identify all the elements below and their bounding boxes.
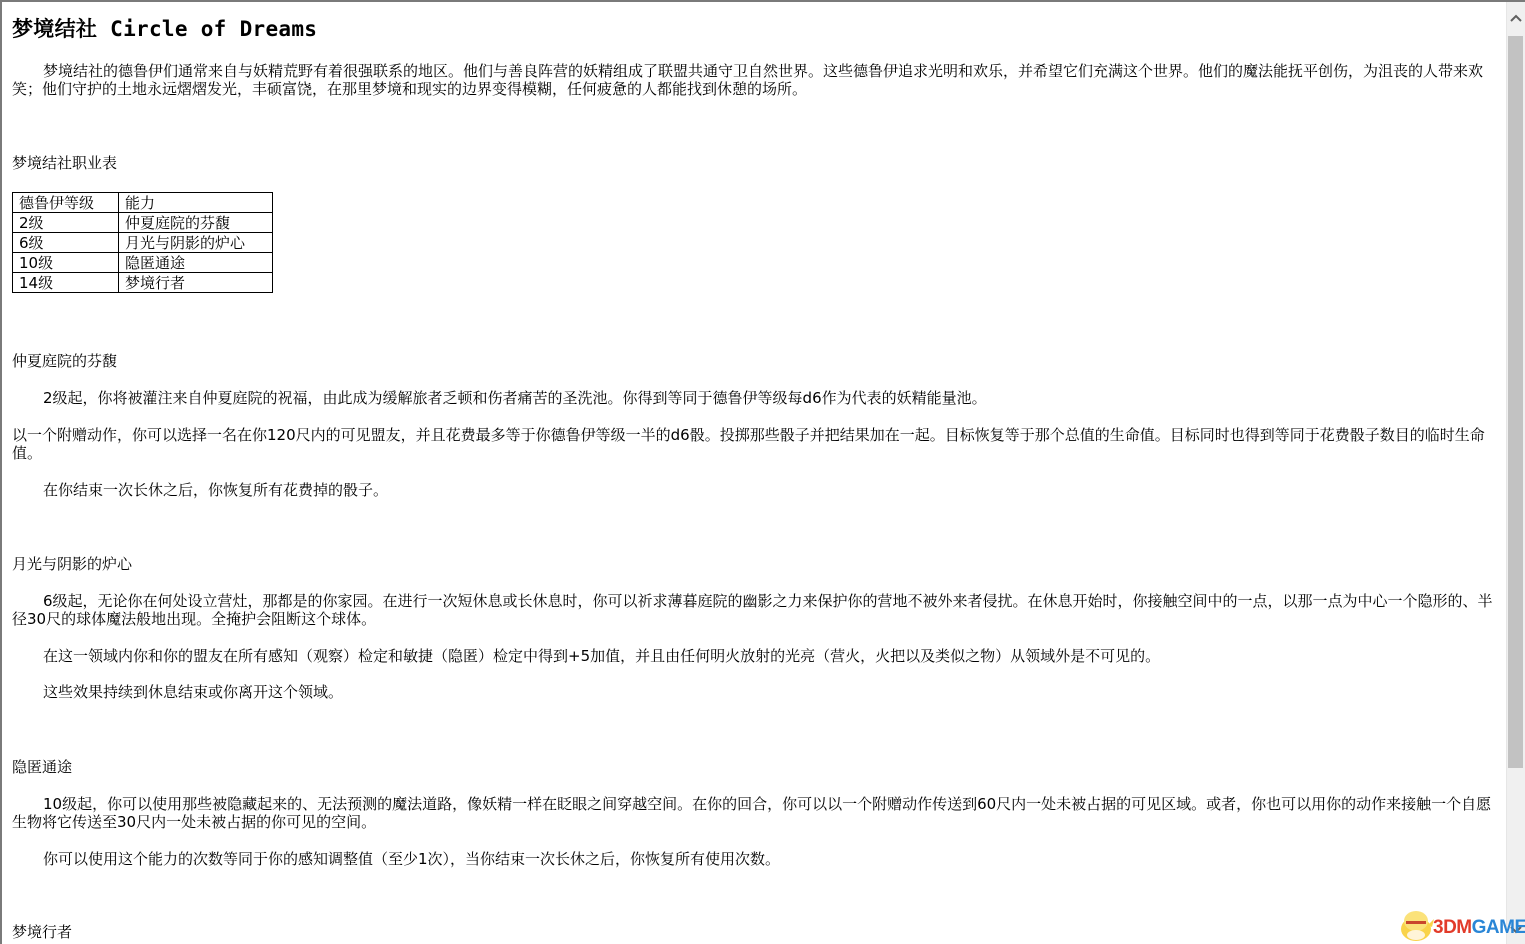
section-title-summer-court: 仲夏庭院的芬馥: [12, 352, 117, 370]
table-cell-feature: 仲夏庭院的芬馥: [119, 213, 273, 233]
table-cell-level: 6级: [13, 233, 119, 253]
section-title-hearth: 月光与阴影的炉心: [12, 555, 132, 573]
class-table-title: 梦境结社职业表: [12, 154, 117, 172]
scrollbar-thumb[interactable]: [1508, 36, 1523, 768]
document-body: 梦境结社 Circle of Dreams 梦境结社的德鲁伊们通常来自与妖精荒野…: [12, 14, 1494, 44]
class-table: 德鲁伊等级 能力 2级 仲夏庭院的芬馥 6级 月光与阴影的炉心 10级 隐匿通途…: [12, 192, 273, 293]
table-header-row: 德鲁伊等级 能力: [13, 193, 273, 213]
section-paragraph: 2级起，你将被灌注来自仲夏庭院的祝福，由此成为缓解旅者乏顿和伤者痛苦的圣洗池。你…: [12, 389, 1494, 407]
table-header-cell: 德鲁伊等级: [13, 193, 119, 213]
table-header-cell: 能力: [119, 193, 273, 213]
table-cell-feature: 月光与阴影的炉心: [119, 233, 273, 253]
section-title-hidden-paths: 隐匿通途: [12, 758, 72, 776]
section-paragraph: 你可以使用这个能力的次数等同于你的感知调整值（至少1次），当你结束一次长休之后，…: [12, 850, 1494, 868]
scroll-up-arrow-icon[interactable]: [1507, 8, 1525, 28]
section-paragraph: 10级起，你可以使用那些被隐藏起来的、无法预测的魔法道路，像妖精一样在眨眼之间穿…: [12, 795, 1494, 831]
section-paragraph: 这些效果持续到休息结束或你离开这个领域。: [12, 683, 1494, 701]
vertical-scrollbar[interactable]: [1506, 2, 1525, 944]
section-paragraph: 在你结束一次长休之后，你恢复所有花费掉的骰子。: [12, 481, 1494, 499]
table-cell-level: 10级: [13, 253, 119, 273]
site-watermark: 3DMGAME: [1398, 907, 1523, 943]
section-paragraph: 在这一领域内你和你的盟友在所有感知（观察）检定和敏捷（隐匿）检定中得到+5加值，…: [12, 647, 1494, 665]
section-title-walker-in-dreams: 梦境行者: [12, 923, 72, 941]
chick-mascot-icon: [1398, 907, 1436, 943]
table-cell-feature: 隐匿通途: [119, 253, 273, 273]
section-paragraph: 6级起，无论你在何处设立营灶，那都是的你家园。在进行一次短休息或长休息时，你可以…: [12, 592, 1494, 628]
table-row: 6级 月光与阴影的炉心: [13, 233, 273, 253]
section-paragraph: 以一个附赠动作，你可以选择一名在你120尺内的可见盟友，并且花费最多等于你德鲁伊…: [12, 426, 1494, 462]
table-cell-feature: 梦境行者: [119, 273, 273, 293]
table-cell-level: 2级: [13, 213, 119, 233]
intro-paragraph: 梦境结社的德鲁伊们通常来自与妖精荒野有着很强联系的地区。他们与善良阵营的妖精组成…: [12, 62, 1494, 98]
watermark-text: 3DMGAME: [1433, 917, 1525, 939]
table-row: 14级 梦境行者: [13, 273, 273, 293]
table-row: 10级 隐匿通途: [13, 253, 273, 273]
page-title: 梦境结社 Circle of Dreams: [12, 14, 1494, 44]
table-cell-level: 14级: [13, 273, 119, 293]
table-row: 2级 仲夏庭院的芬馥: [13, 213, 273, 233]
